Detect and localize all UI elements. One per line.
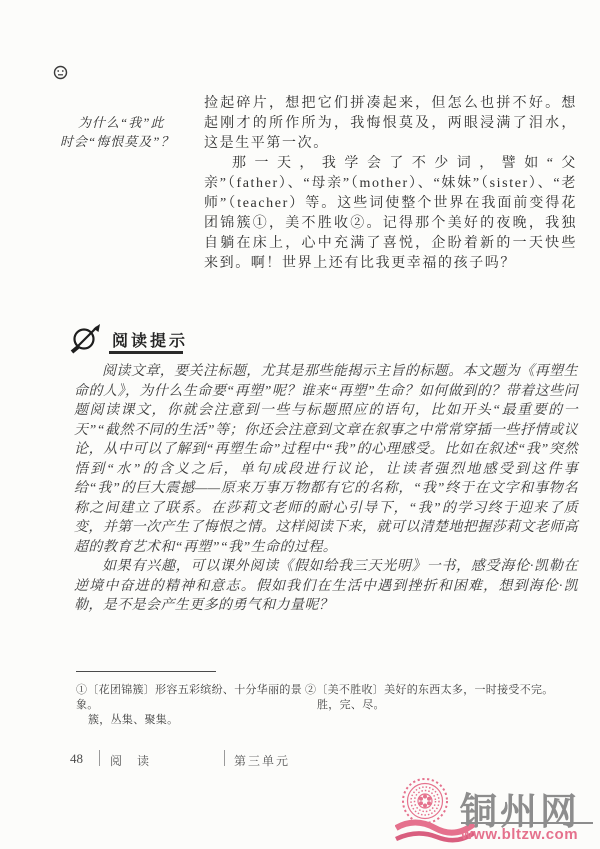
margin-question-note: 为什么“我”此 时会“悔恨莫及”？	[60, 113, 196, 151]
footnote-1: ①〔花团锦簇〕形容五彩缤纷、十分华丽的景象。 簇，丛集、聚集。	[76, 683, 304, 728]
footer-divider	[224, 750, 225, 766]
footer-unit-label: 第三单元	[234, 752, 290, 769]
footnote-2-line1: ②〔美不胜收〕美好的东西太多，一时接受不完。	[305, 683, 567, 698]
page-number: 48	[70, 751, 83, 767]
footer-section-label: 阅 读	[110, 752, 155, 769]
smiley-face-icon	[53, 65, 68, 80]
reading-tips-text: 阅读文章，要关注标题，尤其是那些能揭示主旨的标题。本文题为《再塑生命的人》，为什…	[74, 362, 578, 616]
footer-divider	[99, 750, 100, 766]
body-paragraph-2: 那一天，我学会了不少词，譬如“父亲”（father）、“母亲”（mother）、…	[204, 154, 577, 274]
pen-circle-icon	[69, 322, 103, 354]
footnote-1-line1: ①〔花团锦簇〕形容五彩缤纷、十分华丽的景象。	[76, 683, 304, 713]
watermark-site-url: www.bltzw.com	[461, 826, 578, 843]
reading-tips-title: 阅读提示	[112, 328, 188, 351]
tips-paragraph-2: 如果有兴趣，可以课外阅读《假如给我三天光明》一书，感受海伦·凯勒在逆境中奋进的精…	[74, 557, 578, 616]
watermark-underline	[461, 822, 593, 824]
footnote-2-line2: 胜，完、尽。	[305, 698, 567, 713]
margin-note-line1: 为什么“我”此	[60, 113, 196, 132]
title-underline	[109, 351, 183, 354]
footnote-separator	[76, 671, 216, 672]
body-paragraph-1: 捡起碎片，想把它们拼凑起来，但怎么也拼不好。想起刚才的所作所为，我悔恨莫及，两眼…	[204, 94, 577, 154]
footnote-1-line2: 簇，丛集、聚集。	[76, 713, 304, 728]
lesson-body-text: 捡起碎片，想把它们拼凑起来，但怎么也拼不好。想起刚才的所作所为，我悔恨莫及，两眼…	[204, 94, 577, 274]
footnote-2: ②〔美不胜收〕美好的东西太多，一时接受不完。 胜，完、尽。	[305, 683, 567, 713]
tips-paragraph-1: 阅读文章，要关注标题，尤其是那些能揭示主旨的标题。本文题为《再塑生命的人》，为什…	[74, 362, 578, 557]
textbook-page: { "page": { "background": "#fcfcfa", "te…	[0, 0, 600, 849]
margin-note-line2: 时会“悔恨莫及”？	[60, 132, 196, 151]
